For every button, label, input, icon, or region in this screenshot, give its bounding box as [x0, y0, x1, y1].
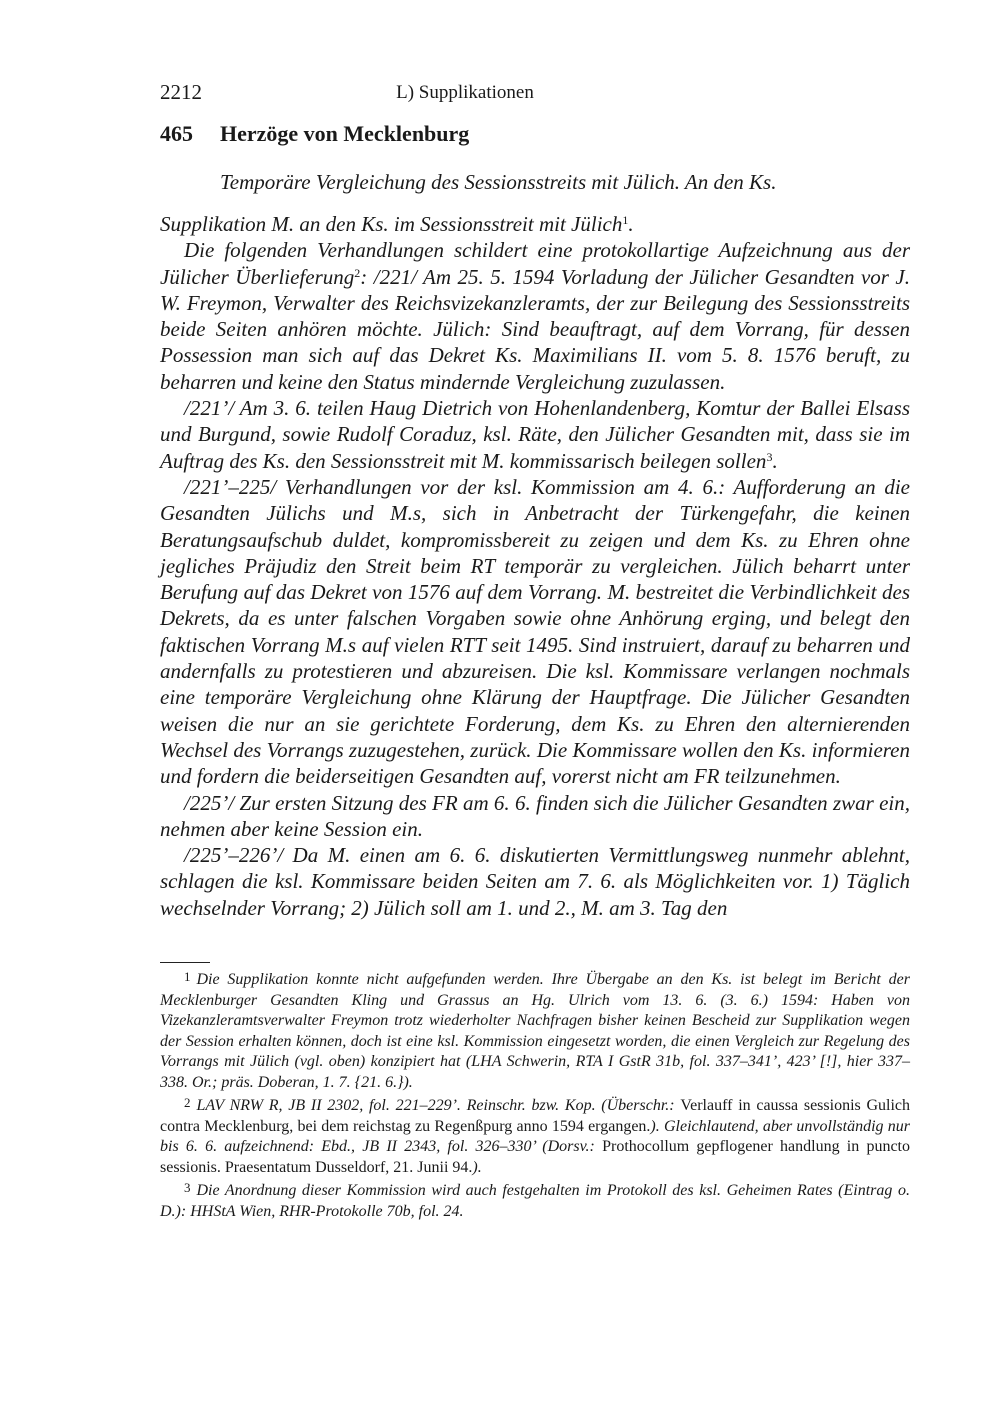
- paragraph-text: Supplikation M. an den Ks. im Sessionsst…: [160, 212, 622, 236]
- footnote-number: 2: [184, 1095, 191, 1110]
- footnote-divider: [160, 962, 210, 963]
- section-title: L) Supplikationen: [160, 82, 770, 104]
- paragraph: /225’/ Zur ersten Sitzung des FR am 6. 6…: [160, 790, 910, 843]
- paragraph: Supplikation M. an den Ks. im Sessionsst…: [160, 211, 910, 237]
- footnote-text: LAV NRW R, JB II 2302, fol. 221–229’. Re…: [197, 1097, 681, 1114]
- footnote-number: 3: [184, 1180, 191, 1195]
- paragraph-text: .: [628, 212, 633, 236]
- paragraph: /221’–225/ Verhandlungen vor der ksl. Ko…: [160, 474, 910, 790]
- footnote-text: Die Supplikation konnte nicht aufgefunde…: [160, 971, 910, 1091]
- document-number: 465: [160, 121, 220, 147]
- footnote-1: 1Die Supplikation konnte nicht aufgefund…: [160, 967, 910, 1093]
- footnote-2: 2LAV NRW R, JB II 2302, fol. 221–229’. R…: [160, 1093, 910, 1178]
- body-text: Supplikation M. an den Ks. im Sessionsst…: [160, 211, 910, 921]
- footnote-text: Die Anordnung dieser Kommission wird auc…: [160, 1182, 910, 1220]
- footnote-text: ).: [472, 1159, 481, 1176]
- footnote-number: 1: [184, 969, 191, 984]
- document-heading: 465Herzöge von Mecklenburg: [160, 121, 469, 147]
- regest: Temporäre Vergleichung des Sessionsstrei…: [220, 170, 776, 195]
- running-head: 2212 L) Supplikationen: [160, 80, 910, 106]
- paragraph-text: .: [772, 449, 777, 473]
- paragraph: /225’–226’/ Da M. einen am 6. 6. diskuti…: [160, 842, 910, 921]
- paragraph-text: /221’/ Am 3. 6. teilen Haug Dietrich von…: [160, 396, 910, 473]
- document-title: Herzöge von Mecklenburg: [220, 121, 469, 146]
- paragraph: Die folgenden Verhandlungen schildert ei…: [160, 237, 910, 395]
- footnotes: 1Die Supplikation konnte nicht aufgefund…: [160, 967, 910, 1222]
- footnote-3: 3Die Anordnung dieser Kommission wird au…: [160, 1178, 910, 1222]
- paragraph: /221’/ Am 3. 6. teilen Haug Dietrich von…: [160, 395, 910, 474]
